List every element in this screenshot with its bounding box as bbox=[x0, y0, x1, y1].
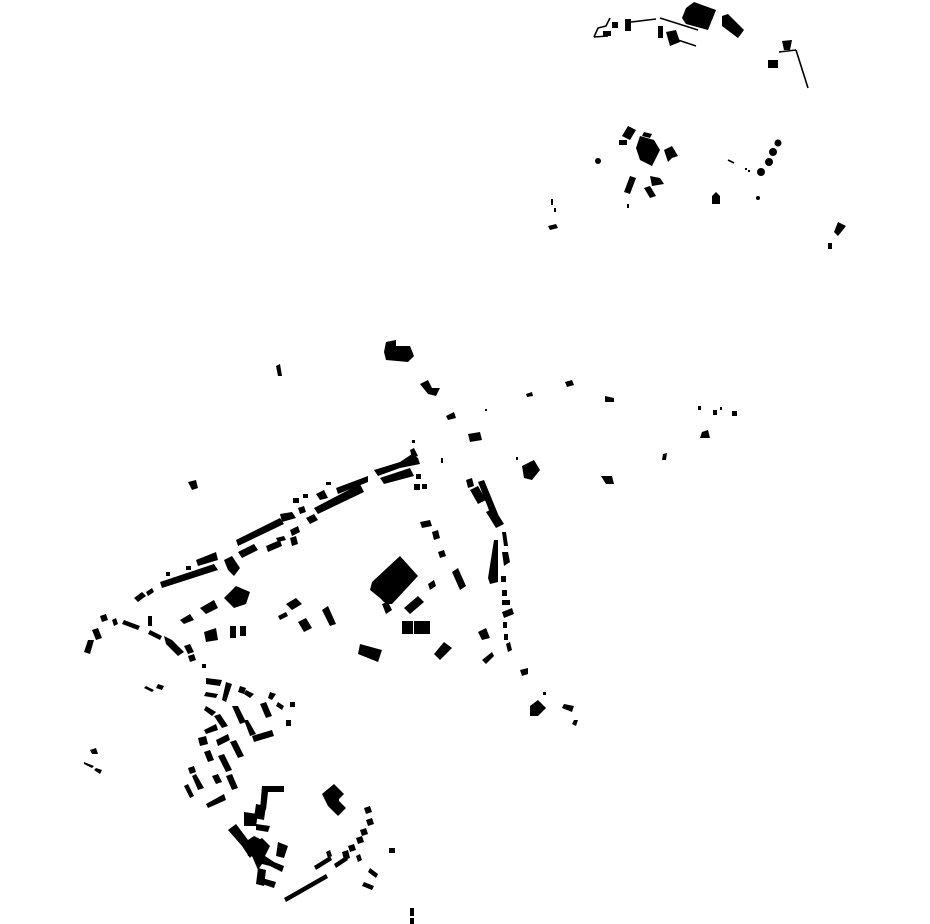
figure-ground-map bbox=[0, 0, 930, 924]
cluster-curved-row bbox=[466, 478, 578, 726]
cluster-south-complex bbox=[228, 784, 414, 924]
cluster-industrial-core bbox=[180, 520, 494, 664]
cluster-central-scatter bbox=[188, 340, 737, 490]
cluster-north-hilltop bbox=[594, 2, 808, 88]
cluster-north-east-group bbox=[548, 126, 846, 249]
cluster-south-west-estate bbox=[84, 614, 295, 808]
